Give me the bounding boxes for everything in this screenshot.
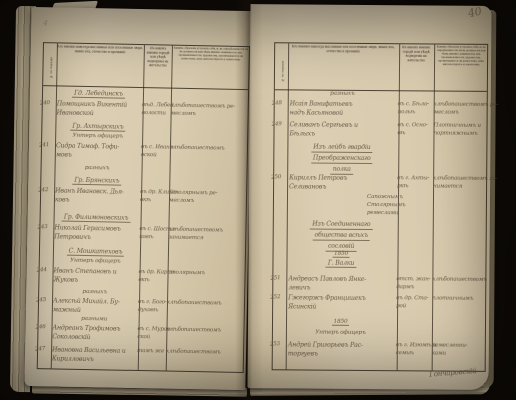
entry-name-line: Кирилловичъ	[52, 354, 138, 365]
right-page-entries: разныхъ248Исаія Ванифатьевънадъ Касьянов…	[247, 4, 491, 390]
register-entry: 253Андрей Григорьевъ Рас-торгуевъвъ г. И…	[248, 340, 489, 342]
entry-name-line: Бѣлыхъ	[289, 129, 395, 139]
entry-name: Кириллъ ПетровъСеливановъ	[289, 173, 395, 192]
entry-name-line: ковъ	[55, 195, 141, 206]
sub-heading-text: Унтеръ офицеръ	[70, 258, 120, 265]
section-heading-line: Изъ лейбъ гвардіи	[286, 142, 397, 154]
entry-occupation: хлѣбопашествомъ	[166, 326, 242, 335]
row-number: 252	[270, 294, 285, 301]
register-entry: 247Ивановна Васильевна иКирилловичътамъ …	[25, 345, 246, 349]
entry-occupation-line: хлѣбопашествомъ	[432, 275, 484, 283]
margin-note-line: ремеслами	[367, 209, 411, 217]
entry-place-line: въ др. Ста-	[396, 294, 432, 302]
entry-name-line: торгуевъ	[288, 349, 394, 359]
entry-occupation: Столярнымъ ре-месломъ	[169, 189, 245, 206]
entry-name: Андреасъ Павловъ Янке-левичъ	[288, 274, 394, 293]
register-entry: 1850	[248, 317, 489, 319]
entry-name: Андрей Григорьевъ Рас-торгуевъ	[288, 340, 394, 359]
entry-name-line: левичъ	[288, 283, 394, 293]
sub-heading: Унтеръ офицеръ	[52, 256, 139, 267]
entry-name: Иванъ Степановъ иЖуковъ	[53, 266, 139, 286]
margin-note: СапожнымъСтолярнымъремеслами	[367, 193, 411, 217]
entry-occupation: хлѣбопашествомъ	[167, 299, 243, 308]
entry-place: тамъ же	[137, 347, 169, 356]
entry-occupation-line: нимается	[433, 182, 485, 190]
sub-heading: Унтеръ офицеръ	[285, 328, 396, 338]
register-entry: 250Кириллъ ПетровъСеливановъвъ г. Ахты-р…	[249, 173, 490, 175]
section-heading-text: Гд. Лебединскъ	[72, 90, 125, 99]
entry-occupation: Плотничнымъ ипортняжнымъ	[433, 122, 485, 138]
sub-heading-text: Унтеръ офицеръ	[72, 133, 122, 140]
section-heading-text: Гр. Филимоновскихъ	[62, 214, 131, 223]
entry-place-line: вкѣ	[140, 196, 172, 205]
entry-place-line: ркѣ	[397, 182, 433, 190]
row-number: 242	[38, 187, 53, 194]
row-number: 246	[35, 324, 50, 331]
sub-heading: 1850	[285, 317, 396, 327]
section-heading-text: Изъ лейбъ гвардіи	[311, 143, 372, 153]
entry-name: Иванъ Ивановск. Дья-ковъ	[55, 186, 141, 206]
section-heading-text: Гр. Ахтырскихъ	[70, 123, 125, 132]
section-heading: Г. Валки	[285, 258, 396, 268]
entry-occupation-line: портняжнымъ	[433, 130, 485, 138]
entry-place: въ др. Ста-рой	[396, 294, 432, 310]
entry-place-line: въ с. Осно-	[398, 121, 434, 129]
sub-heading-text: 1850	[332, 319, 350, 326]
row-number: 240	[40, 100, 55, 107]
entry-name: Андреанъ ТрофимовъСоколовскій	[52, 323, 138, 343]
row-number: 241	[39, 142, 54, 149]
section-heading-text: общества всѣхъ	[312, 231, 369, 241]
section-heading: Гр. Ахтырскихъ	[54, 121, 141, 132]
section-heading-text: С. Мошкатеховъ	[67, 248, 125, 257]
row-number: 250	[271, 174, 286, 181]
sub-heading: разныхъ	[53, 163, 140, 174]
register-entry: 240Помощникъ ВикентійИвановскойвѣд. Лебе…	[30, 99, 251, 103]
row-number: 247	[35, 346, 50, 353]
register-entry: Унтеръ офицеръ	[248, 328, 489, 330]
entry-place-line: вской	[141, 151, 173, 160]
register-entry: Гр. Филимоновскихъ	[28, 212, 249, 216]
entry-place: въ с. Бѣло-польѣ	[398, 100, 434, 116]
section-heading: С. Мошкатеховъ	[52, 246, 139, 257]
entry-name: Исаія Ванифатьевънадъ Касьяновой	[290, 99, 396, 118]
entry-occupation-line: столярнымъ	[168, 269, 244, 278]
entry-name-line: мовъ	[56, 150, 142, 161]
section-heading: Гр. Филимоновскихъ	[53, 212, 140, 223]
row-number: 244	[36, 267, 51, 274]
entry-place-line: отст. жан-	[396, 275, 432, 283]
entry-occupation-line: месломъ	[171, 110, 247, 119]
section-heading-line: Преображенскаго	[286, 153, 397, 165]
entry-place-line: ской	[137, 333, 169, 342]
register-entry: Гр. Брянскихъ	[28, 175, 249, 179]
entry-occupation-line: хлѣбопашествомъ	[170, 144, 246, 153]
entry-place: въ с. Шоста-ковѣ	[139, 225, 171, 242]
entry-place-line: польѣ	[398, 108, 434, 116]
register-entry: 252Гжегоржъ ФранцишекъЯсинскійвъ др. Ста…	[248, 293, 489, 295]
entry-occupation-line: месломъ	[169, 197, 245, 206]
entry-occupation-line: хлѣбопашествомъ	[167, 299, 243, 308]
sub-heading-text: 1850	[332, 251, 350, 258]
entry-place-line: вѣ	[397, 129, 433, 137]
row-number: 251	[270, 275, 285, 282]
entry-place-line: духовѣ	[138, 306, 170, 315]
entry-place-line: дармъ	[396, 283, 432, 291]
entry-occupation-line: месломъ	[434, 109, 486, 117]
row-number: 243	[37, 224, 52, 231]
entry-name: Помощникъ ВикентійИвановской	[57, 99, 143, 119]
section-heading-text: Преображенскаго	[311, 154, 373, 164]
entry-name: Гжегоржъ ФранцишекъЯсинскій	[288, 293, 394, 312]
section-heading: Изъ Соединеннагообщества всѣхъсословій	[286, 219, 397, 253]
entry-occupation: плотничнымъ	[432, 294, 484, 302]
entry-occupation: хлѣбопашествомъ ре-месломъ	[434, 101, 486, 117]
folio-number: 40	[467, 5, 483, 21]
entry-place-line: въ с. Бѣло-	[398, 100, 434, 108]
register-entry: Г. Валки	[249, 258, 490, 260]
register-entry: 243Николай ГерасимовъПетровичъвъ с. Шост…	[28, 223, 249, 227]
right-page: № по порядку Кто именно навсегда высланн…	[247, 4, 491, 390]
entry-name: Сидра Тимоф. Тофи-мовъ	[56, 141, 142, 161]
entry-place-line: рой	[396, 302, 432, 310]
sub-heading: разныхъ	[287, 89, 398, 99]
sub-heading: Унтеръ офицеръ	[54, 131, 141, 142]
register-entry: С. Мошкатеховъ	[27, 246, 248, 250]
entry-place: въ г. Ахты-ркѣ	[397, 174, 433, 190]
row-number: 245	[36, 297, 51, 304]
entry-occupation: хлѣбопашествомъзанимается	[168, 226, 244, 243]
entry-occupation-line: плотничнымъ	[432, 294, 484, 302]
entry-place: въ г. Бого-духовѣ	[138, 298, 170, 315]
register-entry: Изъ Соединеннагообщества всѣхъсословій	[249, 219, 490, 221]
section-heading-text: Гр. Брянскихъ	[72, 177, 121, 186]
entry-name: Алексѣй Михайл. Бу-мажный	[53, 296, 139, 316]
entry-place: въ с. Осно-вѣ	[397, 121, 433, 137]
entry-occupation: хлѣбопашествомъ ре-месломъ	[171, 102, 247, 119]
entry-name: Селиванъ Сергѣевъ иБѣлыхъ	[289, 120, 395, 139]
entry-occupation-line: ками	[432, 349, 484, 357]
section-heading-line: общества всѣхъ	[286, 230, 397, 242]
entry-occupation: хлѣбопашествомъ за-нимается	[433, 174, 485, 190]
photograph-of-register-book: 4 № по порядку Кто именно навсегда высла…	[0, 0, 516, 400]
section-heading-text: Г. Валки	[326, 260, 356, 268]
entry-place-line: въ г. Изюмѣ и	[396, 341, 432, 349]
entry-occupation: ремесленни-ками	[432, 341, 484, 357]
entry-place: вѣд. Лебед.волости	[142, 101, 174, 118]
sub-heading-text: разными	[81, 316, 107, 322]
entry-occupation: хлѣбопашествомъ	[166, 348, 242, 357]
sub-heading-text: разныхъ	[82, 289, 107, 295]
entry-place-line: ковѣ	[139, 233, 171, 242]
entry-place-line: волости	[142, 109, 174, 118]
entry-name-line: Соколовскій	[52, 332, 138, 343]
section-heading: Гр. Брянскихъ	[53, 175, 140, 186]
entry-occupation-line: хлѣбопашествомъ	[166, 348, 242, 357]
row-number: 249	[271, 121, 286, 128]
entry-name-line: Ивановской	[57, 108, 143, 119]
register-entry: разныхъ	[250, 89, 491, 91]
register-entry: 242Иванъ Ивановск. Дья-ковъвъ др. Климо-…	[28, 186, 249, 190]
register-entry: 248Исаія Ванифатьевънадъ Касьяновойвъ с.…	[250, 99, 491, 101]
register-entry: Изъ лейбъ гвардіиПреображенскагополка	[249, 142, 490, 144]
register-entry: разныхъ	[29, 163, 250, 167]
entry-place-line: тамъ же	[137, 347, 169, 356]
register-entry: 1850	[249, 249, 490, 251]
entry-name: Николай ГерасимовъПетровичъ	[54, 223, 140, 243]
section-heading: Изъ лейбъ гвардіиПреображенскагополка	[286, 142, 397, 176]
entry-place: въ др. Карпо-вкѣ	[138, 268, 170, 285]
left-page-entries: Гд. Лебединскъ240Помощникъ ВикентійИвано…	[24, 7, 252, 390]
row-number: 253	[270, 341, 285, 348]
entry-place-line: семьѣ	[396, 349, 432, 357]
entry-name-line: Жуковъ	[53, 275, 139, 286]
section-heading-text: Изъ Соединеннаго	[310, 220, 372, 230]
entry-name: Ивановна Васильевна иКирилловичъ	[52, 345, 138, 365]
entry-occupation: хлѣбопашествомъ	[432, 275, 484, 283]
register-entry: разныхъ	[26, 287, 247, 291]
entry-place: въ г. Изюмѣ исемьѣ	[396, 341, 432, 357]
entry-occupation-line: хлѣбопашествомъ	[166, 326, 242, 335]
register-entry: 249Селиванъ Сергѣевъ иБѣлыхъвъ с. Осно-в…	[250, 120, 491, 122]
register-entry: СапожнымъСтолярнымъремеслами	[249, 192, 490, 194]
sub-heading-text: разныхъ	[330, 91, 355, 97]
section-heading: Гд. Лебединскъ	[55, 88, 142, 99]
entry-place-line: вкѣ	[138, 276, 170, 285]
sub-heading-text: разныхъ	[85, 165, 110, 171]
entry-name-line: Петровичъ	[54, 232, 140, 243]
entry-name-line: Ясинскій	[288, 302, 394, 312]
entry-name-line: надъ Касьяновой	[290, 108, 396, 118]
sub-heading-text: Унтеръ офицеръ	[315, 330, 365, 336]
entry-place: въ др. Климо-вкѣ	[140, 188, 172, 205]
entry-occupation-line: занимается	[168, 234, 244, 243]
row-number: 248	[272, 100, 287, 107]
register-entry: Гр. Ахтырскихъ	[29, 121, 250, 125]
entry-place: въ с. Мурав-ской	[137, 325, 169, 342]
left-page: 4 № по порядку Кто именно навсегда высла…	[24, 7, 252, 390]
entry-place: отст. жан-дармъ	[396, 275, 432, 291]
section-heading-line: Изъ Соединеннаго	[286, 219, 397, 231]
entry-occupation: столярнымъ	[168, 269, 244, 278]
entry-name-line: Селивановъ	[289, 182, 395, 192]
register-entry: 251Андреасъ Павловъ Янке-левичъотст. жан…	[248, 274, 489, 276]
entry-place-line: въ г. Ахты-	[397, 174, 433, 182]
entry-place: въ с. Ивано-вской	[141, 143, 173, 160]
register-entry: Гд. Лебединскъ	[30, 88, 251, 92]
entry-occupation: хлѣбопашествомъ	[170, 144, 246, 153]
